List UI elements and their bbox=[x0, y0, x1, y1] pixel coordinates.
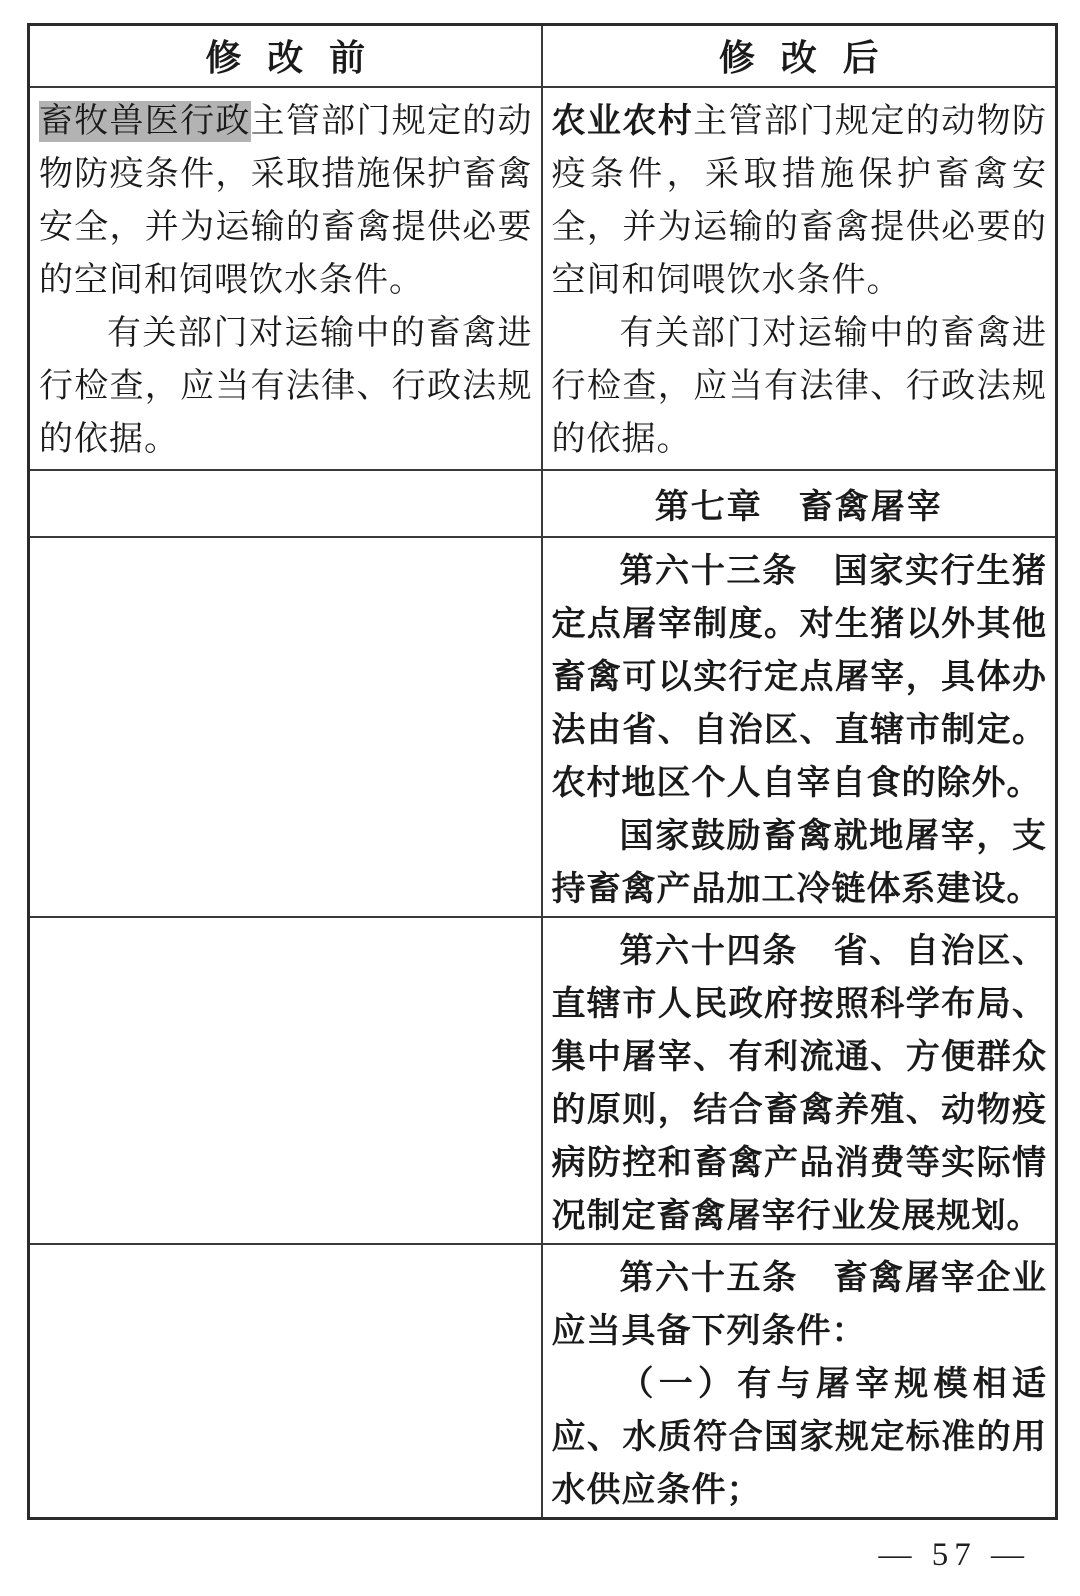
page-number: — 57 — bbox=[879, 1537, 1031, 1574]
column-header-before: 修改前 bbox=[29, 25, 542, 87]
revision-comparison-table: 修改前 修改后 畜牧兽医行政主管部门规定的动物防疫条件，采取措施保护畜禽安全，并… bbox=[27, 23, 1058, 1520]
paragraph-before-transport-1: 畜牧兽医行政主管部门规定的动物防疫条件，采取措施保护畜禽安全，并为运输的畜禽提供… bbox=[39, 95, 533, 307]
cell-before-article-64-empty bbox=[29, 917, 542, 1244]
document-page: 修改前 修改后 畜牧兽医行政主管部门规定的动物防疫条件，采取措施保护畜禽安全，并… bbox=[0, 0, 1080, 1596]
cell-before-article-63-empty bbox=[29, 537, 542, 917]
cell-before-transport: 畜牧兽医行政主管部门规定的动物防疫条件，采取措施保护畜禽安全，并为运输的畜禽提供… bbox=[29, 87, 542, 470]
paragraph-after-transport-1: 农业农村主管部门规定的动物防疫条件，采取措施保护畜禽安全，并为运输的畜禽提供必要… bbox=[552, 95, 1048, 307]
highlighted-deleted-text: 畜牧兽医行政 bbox=[39, 101, 251, 142]
chapter-heading: 第七章 畜禽屠宰 bbox=[543, 479, 1056, 528]
table-header-row: 修改前 修改后 bbox=[29, 25, 1057, 87]
paragraph-article-63-1: 第六十三条 国家实行生猪定点屠宰制度。对生猪以外其他畜禽可以实行定点屠宰，具体办… bbox=[552, 545, 1048, 810]
table-row-chapter-heading: 第七章 畜禽屠宰 bbox=[29, 470, 1057, 537]
paragraph-after-transport-2: 有关部门对运输中的畜禽进行检查，应当有法律、行政法规的依据。 bbox=[552, 307, 1048, 466]
cell-before-chapter-empty bbox=[29, 470, 542, 537]
column-header-after: 修改后 bbox=[542, 25, 1057, 87]
paragraph-before-transport-2: 有关部门对运输中的畜禽进行检查，应当有法律、行政法规的依据。 bbox=[39, 307, 533, 466]
table-row-article-65: 第六十五条 畜禽屠宰企业应当具备下列条件： （一）有与屠宰规模相适应、水质符合国… bbox=[29, 1244, 1057, 1519]
table-row-article-63: 第六十三条 国家实行生猪定点屠宰制度。对生猪以外其他畜禽可以实行定点屠宰，具体办… bbox=[29, 537, 1057, 917]
paragraph-article-64-1: 第六十四条 省、自治区、直辖市人民政府按照科学布局、集中屠宰、有利流通、方便群众… bbox=[552, 925, 1048, 1243]
cell-after-article-65: 第六十五条 畜禽屠宰企业应当具备下列条件： （一）有与屠宰规模相适应、水质符合国… bbox=[542, 1244, 1057, 1519]
bold-inserted-text: 农业农村 bbox=[552, 102, 694, 140]
cell-after-article-63: 第六十三条 国家实行生猪定点屠宰制度。对生猪以外其他畜禽可以实行定点屠宰，具体办… bbox=[542, 537, 1057, 917]
paragraph-article-63-2: 国家鼓励畜禽就地屠宰，支持畜禽产品加工冷链体系建设。 bbox=[552, 810, 1048, 916]
cell-before-article-65-empty bbox=[29, 1244, 542, 1519]
cell-after-article-64: 第六十四条 省、自治区、直辖市人民政府按照科学布局、集中屠宰、有利流通、方便群众… bbox=[542, 917, 1057, 1244]
cell-after-chapter-heading: 第七章 畜禽屠宰 bbox=[542, 470, 1057, 537]
paragraph-article-65-2: （一）有与屠宰规模相适应、水质符合国家规定标准的用水供应条件； bbox=[552, 1358, 1048, 1517]
table-row-article-64: 第六十四条 省、自治区、直辖市人民政府按照科学布局、集中屠宰、有利流通、方便群众… bbox=[29, 917, 1057, 1244]
paragraph-article-65-1: 第六十五条 畜禽屠宰企业应当具备下列条件： bbox=[552, 1252, 1048, 1358]
cell-after-transport: 农业农村主管部门规定的动物防疫条件，采取措施保护畜禽安全，并为运输的畜禽提供必要… bbox=[542, 87, 1057, 470]
table-row-transport: 畜牧兽医行政主管部门规定的动物防疫条件，采取措施保护畜禽安全，并为运输的畜禽提供… bbox=[29, 87, 1057, 470]
